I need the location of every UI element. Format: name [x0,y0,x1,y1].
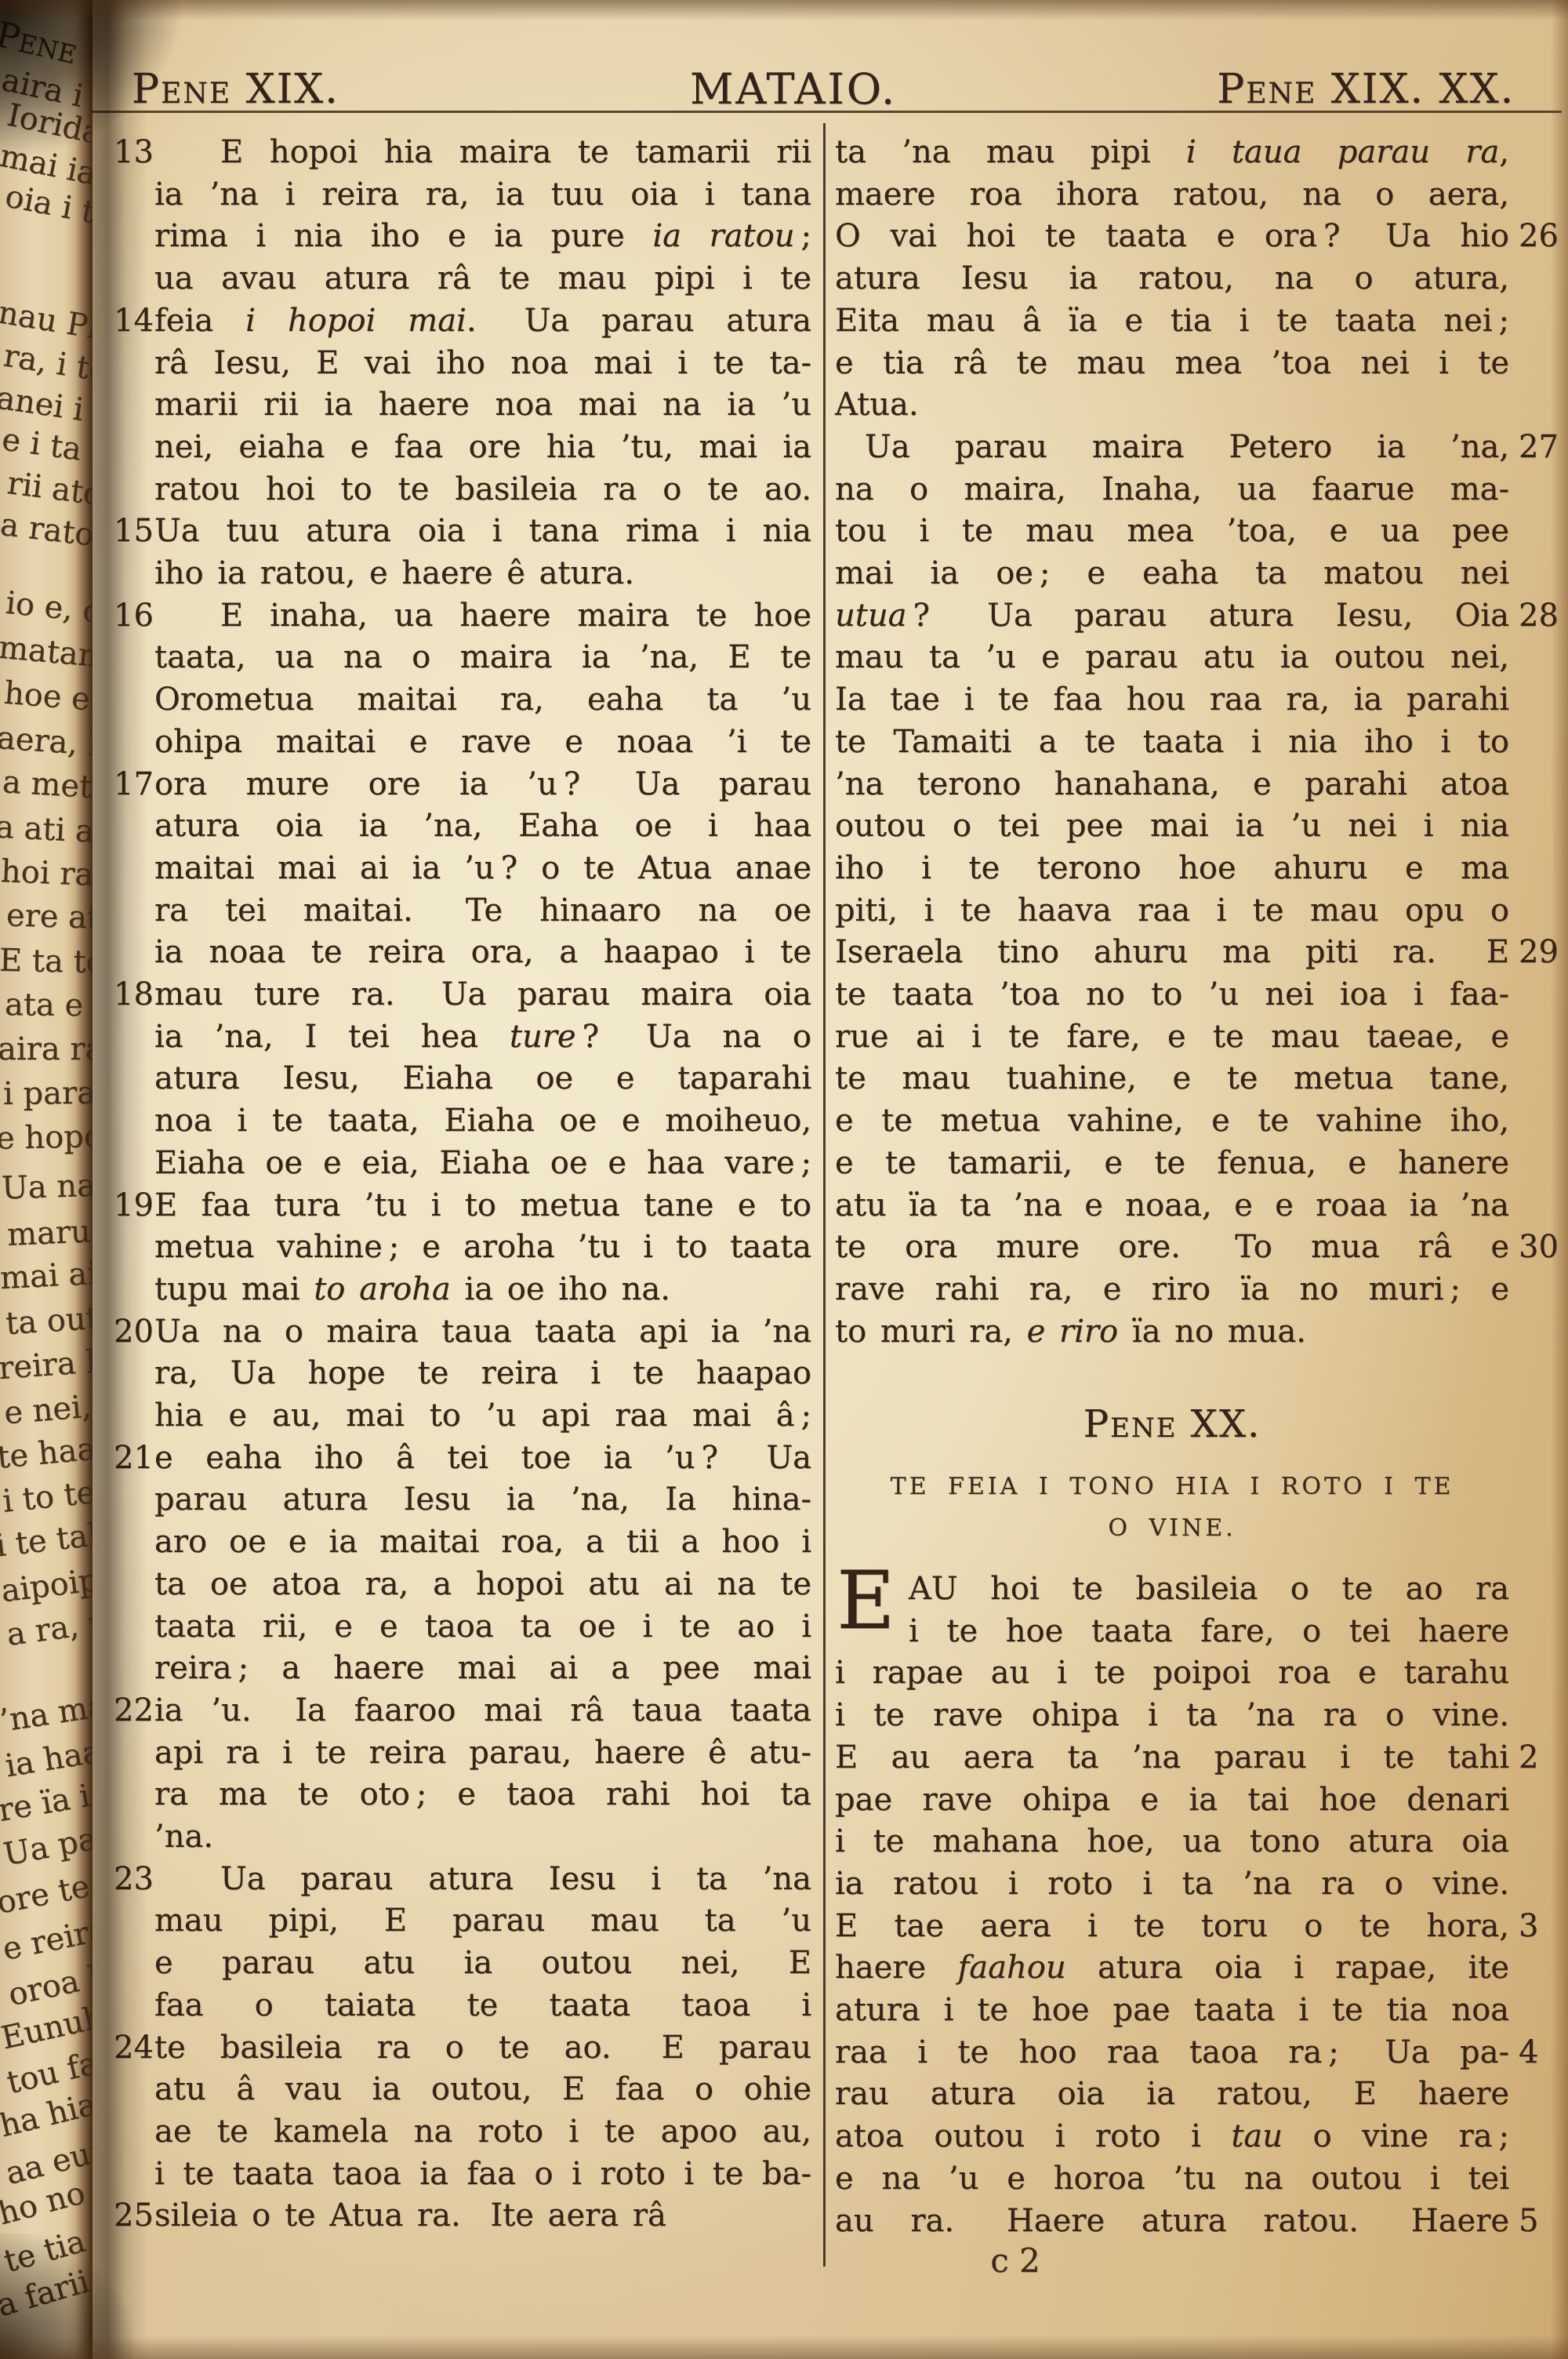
verse-text-line: E tae aera i te toru o te hora,3 [835,1906,1509,1948]
verse-text-line: noa i te taata, Eiaha oe e moiheuo, [154,1100,811,1143]
verse-text-line: marii rii ia haere noa mai na ia ’u [154,384,811,427]
margin-text-fragment: ere atura [5,897,93,938]
verse-text-line: ia noaa te reira ora, a haapao i te [154,932,811,974]
photo-edge-shadow-bottom [0,2335,1568,2359]
verse-text-line: ia ’na i reira ra, ia tuu oia i tana [154,174,811,216]
verse-text-line: piti, i te haava raa i te mau opu o [835,890,1509,932]
verse-text-line: e eaha iho â tei toe ia ’u ? Ua21 [154,1438,811,1480]
verse-text-line: pae rave ohipa e ia tai hoe denari [835,1779,1509,1822]
margin-text-fragment: a ratou, [0,507,93,557]
verse-text-line: i te rave ohipa i ta ’na ra o vine. [835,1695,1509,1737]
verse-text-line: tou i te mau mea ’toa, e ua pee [835,511,1509,553]
verse-text-line: maere roa ihora ratou, na o aera, [835,174,1509,216]
verse-text-line: te Tamaiti a te taata i nia iho i to [835,722,1509,764]
verse-text-line: rue ai i te fare, e te mau taeae, e [835,1016,1509,1059]
verse-text-line: Orometua maitai ra, eaha ta ’u [154,679,811,722]
verse-text-line: ohipa maitai e rave e noaa ’i te [154,722,811,764]
verse-text-line: i te hoe taata fare, o tei haere [835,1611,1509,1653]
verse-text-line: mau ture ra. Ua parau maira oia18 [154,974,811,1016]
verse-text-line: hia e au, mai to ’u api raa mai â ; [154,1395,811,1438]
verse-text-line: i te taata taoa ia faa o i roto i te ba- [154,2154,811,2196]
margin-text-fragment: Ua pa [1,1821,93,1874]
margin-text-fragment: hoe e te [2,675,93,722]
left-text-column: E hopoi hia maira te tamarii rii13ia ’na… [154,132,811,2241]
margin-text-fragment: io e, o tei [4,585,93,635]
photo-edge-shadow-top [0,0,1568,20]
margin-text-fragment: te haapa [0,1427,93,1476]
margin-text-fragment: a ra, ua [5,1601,93,1653]
verse-text-line: e tia râ te mau mea ’toa nei i te [835,343,1509,385]
verse-text-line: Ua parau maira Petero ia ’na,27 [835,427,1509,469]
verse-text-line: Eita mau â ïa e tia i te taata nei ; [835,300,1509,343]
right-text-column: ta ’na mau pipi i taua parau ra,maere ro… [835,132,1509,1375]
verse-text-line: iho i te terono hoe ahuru e ma [835,848,1509,890]
verse-text-line: E hopoi hia maira te tamarii rii13 [154,132,811,174]
verse-text-line: ra ma te oto ; e taoa rahi hoi ta [154,1774,811,1816]
margin-text-fragment: aira rato [0,1031,93,1067]
previous-page-edge: Peneaira i teIoridana,mai ia ’oia i tona… [0,0,93,2359]
verse-text-line: na o maira, Inaha, ua faarue ma- [835,469,1509,511]
verse-text-line: te taata ’toa no to ’u nei ioa i faa- [835,974,1509,1016]
verse-text-line: i rapae au i te poipoi roa e tarahu [835,1652,1509,1695]
verse-text-line: E faa tura ’tu i to metua tane e to19 [154,1185,811,1227]
verse-text-line: taata rii, e e taoa ta oe i te ao i [154,1606,811,1648]
verse-text-line: ratou hoi to te basileia ra o te ao. [154,469,811,511]
margin-text-fragment: Ua na o [1,1167,93,1207]
verse-text-line: Atua. [835,384,1509,427]
verse-text-line: ra, Ua hope te reira i te haapao [154,1353,811,1395]
verse-text-line: ra tei maitai. Te hinaaro na oe [154,890,811,932]
verse-text-line: to muri ra, e riro ïa no mua. [835,1311,1509,1354]
verse-text-line: i te mahana hoe, ua tono atura oia [835,1821,1509,1863]
verse-number: 13 [114,132,153,174]
chapter-subtitle-line: TE FEIA I TONO HIA I ROTO I TE [835,1473,1509,1500]
verse-text-line: parau atura Iesu ia ’na, Ia hina- [154,1479,811,1521]
margin-text-fragment: aera, E [0,720,93,764]
verse-number: 19 [114,1185,153,1227]
verse-text-line: ia ratou i roto i ta ’na ra o vine. [835,1863,1509,1906]
verse-text-line: mai ia oe ; e eaha ta matou nei [835,553,1509,595]
margin-text-fragment: i parau m [3,1074,93,1112]
verse-text-line: utua ? Ua parau atura Iesu, Oia28 [835,595,1509,638]
verse-text-line: te basileia ra o te ao. E parau24 [154,2027,811,2070]
margin-text-fragment: ata e faa [5,987,93,1024]
verse-text-line: O vai hoi te taata e ora ? Ua hio26 [835,216,1509,258]
margin-text-fragment: hoi rau [0,853,93,894]
verse-number: 16 [114,595,153,638]
verse-text-line: Ia tae i te faa hou raa ra, ia parahi [835,679,1509,722]
verse-text-line: ta ’na mau pipi i taua parau ra, [835,132,1509,174]
running-head-title: MATAIO. [690,64,897,114]
verse-text-line: api ra i te reira parau, haere ê atu- [154,1732,811,1775]
verse-text-line: mau pipi, E parau mau ta ’u [154,1900,811,1943]
verse-text-line: ora mure ore ia ’u ? Ua parau17 [154,764,811,806]
verse-text-line: reira ; a haere mai ai a pee mai [154,1648,811,1690]
verse-text-line: atura Iesu ia ratou, na o atura, [835,258,1509,300]
verse-number: 24 [114,2027,153,2070]
margin-text-fragment: ’na mau [0,1685,93,1739]
chapter-subtitle-line: O VINE. [835,1514,1509,1542]
verse-number: 15 [114,511,153,553]
margin-text-fragment: reira hia [0,1341,93,1387]
verse-text-line: atura Iesu, Eiaha oe e taparahi [154,1058,811,1100]
verse-text-line: ’na terono hanahana, e parahi atoa [835,764,1509,806]
verse-text-line: haere faahou atura oia i rapae, ite [835,1947,1509,1990]
verse-text-line: te mau tuahine, e te metua tane, [835,1058,1509,1100]
verse-number: 21 [114,1438,153,1480]
verse-text-line: rima i nia iho e ia pure ia ratou ; [154,216,811,258]
verse-text-line: e parau atu ia outou nei, E [154,1943,811,1985]
verse-text-line: ua avau atura râ te mau pipi i te [154,258,811,300]
verse-text-line: iho ia ratou, e haere ê atura. [154,553,811,595]
verse-number: 20 [114,1311,153,1354]
margin-text-fragment: i te tahi [0,1515,93,1565]
verse-text-line: Ua na o maira taua taata api ia ’na20 [154,1311,811,1354]
verse-text-line: Ua parau atura Iesu i ta ’na23 [154,1859,811,1901]
verse-text-line: atoa outou i roto i tau o vine ra ; [835,2116,1509,2158]
verse-number: 18 [114,974,153,1016]
verse-text-line: feia i hopoi mai. Ua parau atura14 [154,300,811,343]
photo-edge-shadow-right [1551,0,1568,2359]
margin-text-fragment: matamua [0,630,93,679]
verse-text-line: tupu mai to aroha ia oe iho na. [154,1269,811,1311]
chapter20-text-block: E AU hoi te basileia o te ao rai te hoe … [835,1568,1509,2243]
verse-text-line: nei, eiaha e faa ore hia ’tu, mai ia [154,427,811,469]
verse-text-line: E au aera ta ’na parau i te tahi2 [835,1737,1509,1779]
column-divider-rule [823,123,826,2266]
verse-number: 17 [114,764,153,806]
verse-text-line: AU hoi te basileia o te ao ra [835,1568,1509,1611]
verse-text-line: maitai mai ai ia ’u ? o te Atua anae [154,848,811,890]
verse-text-line: ia ’u. Ia faaroo mai râ taua taata22 [154,1690,811,1732]
verse-text-line: atu â vau ia outou, E faa o ohie [154,2069,811,2111]
margin-text-fragment: maru ore [6,1211,93,1253]
verse-text-line: atura i te hoe pae taata i te tia noa [835,1990,1509,2032]
margin-text-fragment: aipoipo i [0,1558,93,1610]
verse-text-line: taata, ua na o maira ia ’na, E te [154,637,811,679]
verse-text-line: raa i te hoo raa taoa ra ; Ua pa-4 [835,2032,1509,2074]
book-page-photo: { "page": { "header": { "left": "Pene XI… [0,0,1568,2359]
verse-number: 22 [114,1690,153,1732]
verse-text-line: Ua tuu atura oia i tana rima i nia15 [154,511,811,553]
verse-text-line: rave rahi ra, e riro ïa no muri ; e [835,1269,1509,1311]
verse-text-line: Iseraela tino ahuru ma piti ra. E29 [835,932,1509,974]
verse-number: 14 [114,300,153,343]
verse-text-line: râ Iesu, E vai iho noa mai i te ta- [154,343,811,385]
verse-text-line: ta oe atoa ra, a hopoi atu ai na te [154,1564,811,1606]
margin-text-fragment: e hopoi a [0,1118,93,1157]
margin-text-fragment: a metua [2,764,93,808]
verse-text-line: e te tamarii, e te fenua, e hanere [835,1143,1509,1185]
margin-text-fragment: a ati at [0,809,93,851]
verse-text-line: sileia o te Atua ra. Ite aera râ25 [154,2195,811,2237]
verse-text-line: Eiaha oe e eia, Eiaha oe e haa vare ; [154,1143,811,1185]
verse-text-line: ae te kamela na roto i te apoo au, [154,2111,811,2154]
verse-text-line: atura oia ia ’na, Eaha oe i haa [154,805,811,848]
verse-number: 25 [114,2195,153,2237]
margin-text-fragment: i to te p [1,1471,93,1520]
verse-text-line: e na ’u e horoa ’tu na outou i tei [835,2158,1509,2201]
verse-text-line: atu ïa ta ’na e noaa, e e roaa ia ’na [835,1185,1509,1227]
verse-text-line: mau ta ’u e parau atu ia outou nei, [835,637,1509,679]
verse-text-line: outou o tei pee mai ia ’u nei i nia [835,805,1509,848]
verse-text-line: E inaha, ua haere maira te hoe16 [154,595,811,638]
verse-text-line: metua vahine ; e aroha ’tu i to taata [154,1227,811,1269]
verse-number: 23 [114,1859,153,1901]
verse-text-line: au ra. Haere atura ratou. Haere5 [835,2201,1509,2243]
verse-text-line: rau atura oia ia ratou, E haere [835,2074,1509,2116]
verse-text-line: ia ’na, I tei hea ture ? Ua na o [154,1016,811,1059]
verse-text-line: e te metua vahine, e te vahine iho, [835,1100,1509,1143]
header-rule [69,111,1562,113]
running-head-right: Pene XIX. XX. [1192,66,1515,113]
verse-text-line: aro oe e ia maitai roa, a tii a hoo i [154,1521,811,1564]
verse-text-line: ’na. [154,1816,811,1859]
running-head-left: Pene XIX. [132,66,339,113]
verse-text-line: faa o taiata te taata taoa i [154,1985,811,2027]
margin-text-fragment: mai ai [0,1256,93,1296]
verse-text-line: te ora mure ore. To mua râ e30 [835,1227,1509,1269]
chapter-heading: Pene XX. [835,1402,1509,1446]
margin-text-fragment: e nei, e p [2,1384,93,1432]
signature-mark: c 2 [960,2241,1070,2280]
margin-text-fragment: ta outou [5,1298,93,1342]
margin-text-fragment: E ta te [0,943,93,981]
